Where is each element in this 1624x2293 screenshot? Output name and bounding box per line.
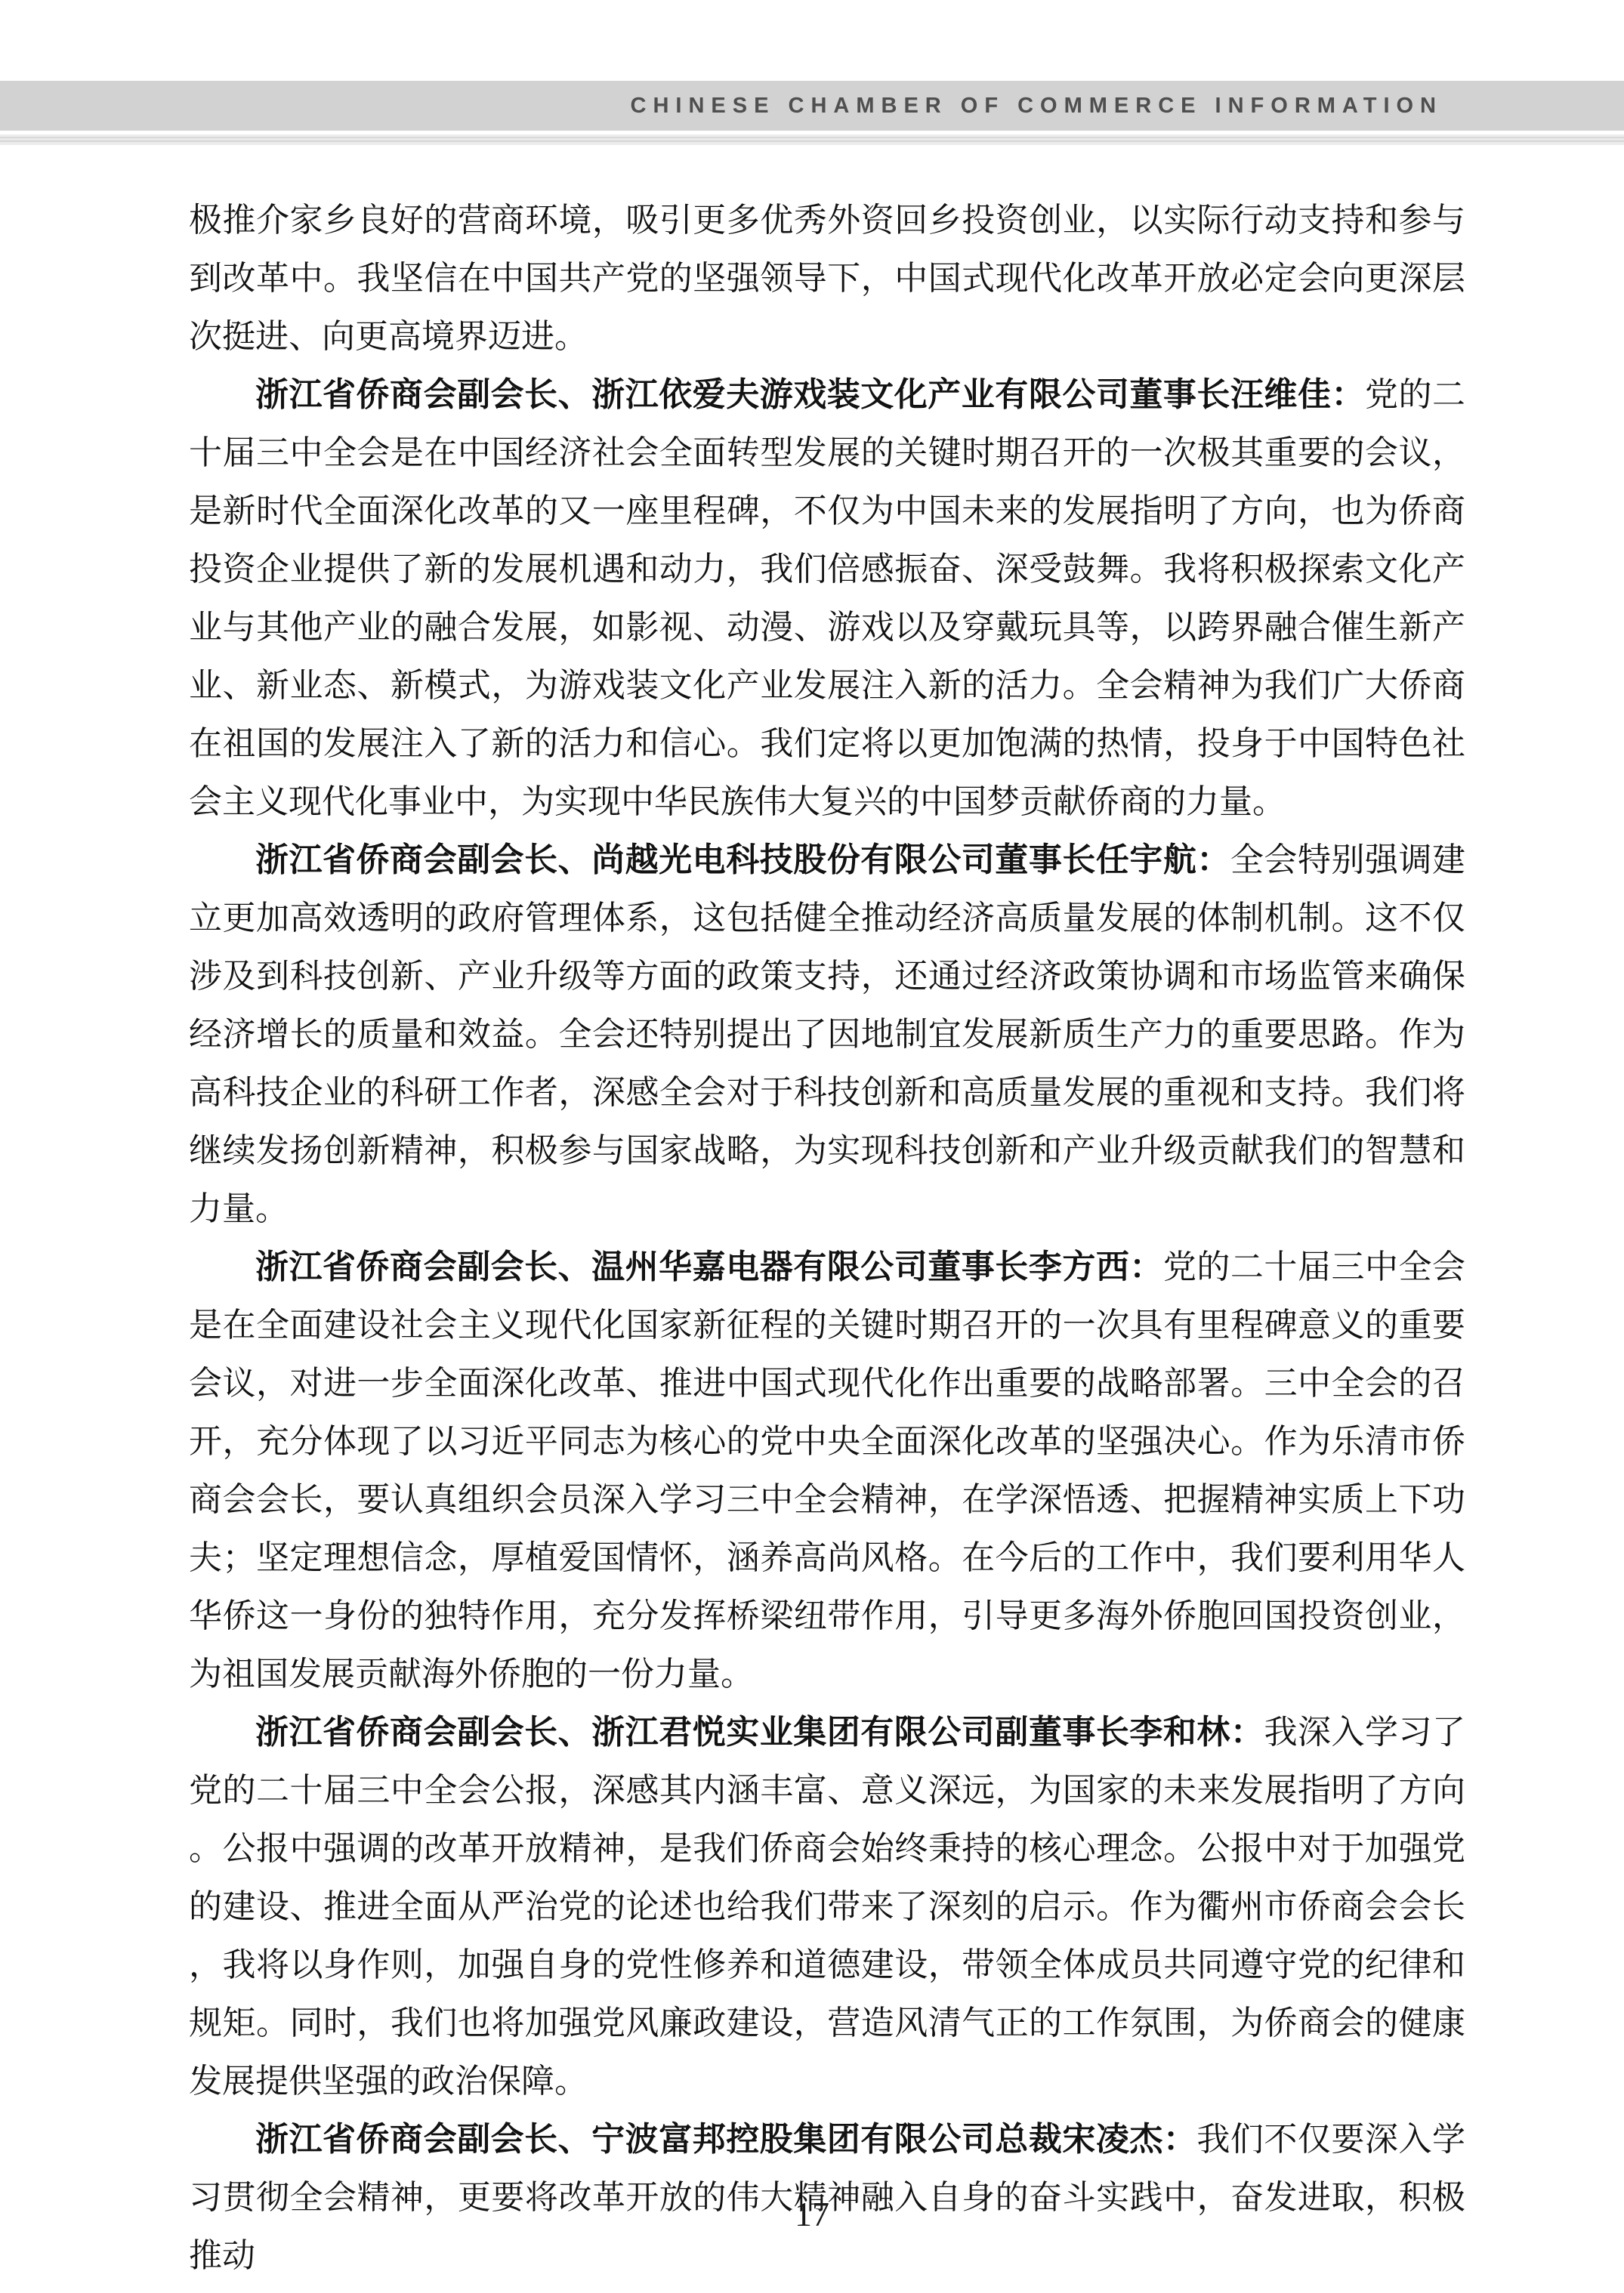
speech-text: 极推介家乡良好的营商环境，吸引更多优秀外资回乡投资创业，以实际行动支持和参与到改…: [189, 201, 1465, 356]
speaker-title: 浙江省侨商会副会长、宁波富邦控股集团有限公司总裁宋凌杰：: [255, 2120, 1196, 2159]
speaker-title: 浙江省侨商会副会长、温州华嘉电器有限公司董事长李方西：: [255, 1248, 1163, 1286]
speech-text: 党的二十届三中全会是在中国经济社会全面转型发展的关键时期召开的一次极其重要的会议…: [189, 375, 1465, 821]
magazine-page: CHINESE CHAMBER OF COMMERCE INFORMATION …: [0, 0, 1624, 2293]
speech-text: 全会特别强调建立更加高效透明的政府管理体系，这包括健全推动经济高质量发展的体制机…: [189, 841, 1465, 1228]
paragraph: 浙江省侨商会副会长、尚越光电科技股份有限公司董事长任宇航：全会特别强调建立更加高…: [189, 831, 1465, 1238]
header-banner-title: CHINESE CHAMBER OF COMMERCE INFORMATION: [631, 94, 1443, 119]
article-body: 极推介家乡良好的营商环境，吸引更多优秀外资回乡投资创业，以实际行动支持和参与到改…: [189, 191, 1465, 2285]
paragraph: 极推介家乡良好的营商环境，吸引更多优秀外资回乡投资创业，以实际行动支持和参与到改…: [189, 191, 1465, 366]
page-number: 17: [0, 2194, 1624, 2234]
speaker-title: 浙江省侨商会副会长、浙江依爱夫游戏装文化产业有限公司董事长汪维佳：: [255, 375, 1365, 414]
paragraph: 浙江省侨商会副会长、浙江依爱夫游戏装文化产业有限公司董事长汪维佳：党的二十届三中…: [189, 366, 1465, 831]
speaker-title: 浙江省侨商会副会长、浙江君悦实业集团有限公司副董事长李和林：: [255, 1713, 1264, 1751]
paragraph: 浙江省侨商会副会长、温州华嘉电器有限公司董事长李方西：党的二十届三中全会是在全面…: [189, 1238, 1465, 1703]
speaker-title: 浙江省侨商会副会长、尚越光电科技股份有限公司董事长任宇航：: [255, 841, 1230, 879]
speech-text: 我深入学习了党的二十届三中全会公报，深感其内涵丰富、意义深远，为国家的未来发展指…: [189, 1713, 1465, 2100]
header-divider-strip: [0, 134, 1624, 145]
header-banner: CHINESE CHAMBER OF COMMERCE INFORMATION: [0, 81, 1624, 131]
speech-text: 党的二十届三中全会是在全面建设社会主义现代化国家新征程的关键时期召开的一次具有里…: [189, 1248, 1465, 1693]
paragraph: 浙江省侨商会副会长、浙江君悦实业集团有限公司副董事长李和林：我深入学习了党的二十…: [189, 1703, 1465, 2110]
